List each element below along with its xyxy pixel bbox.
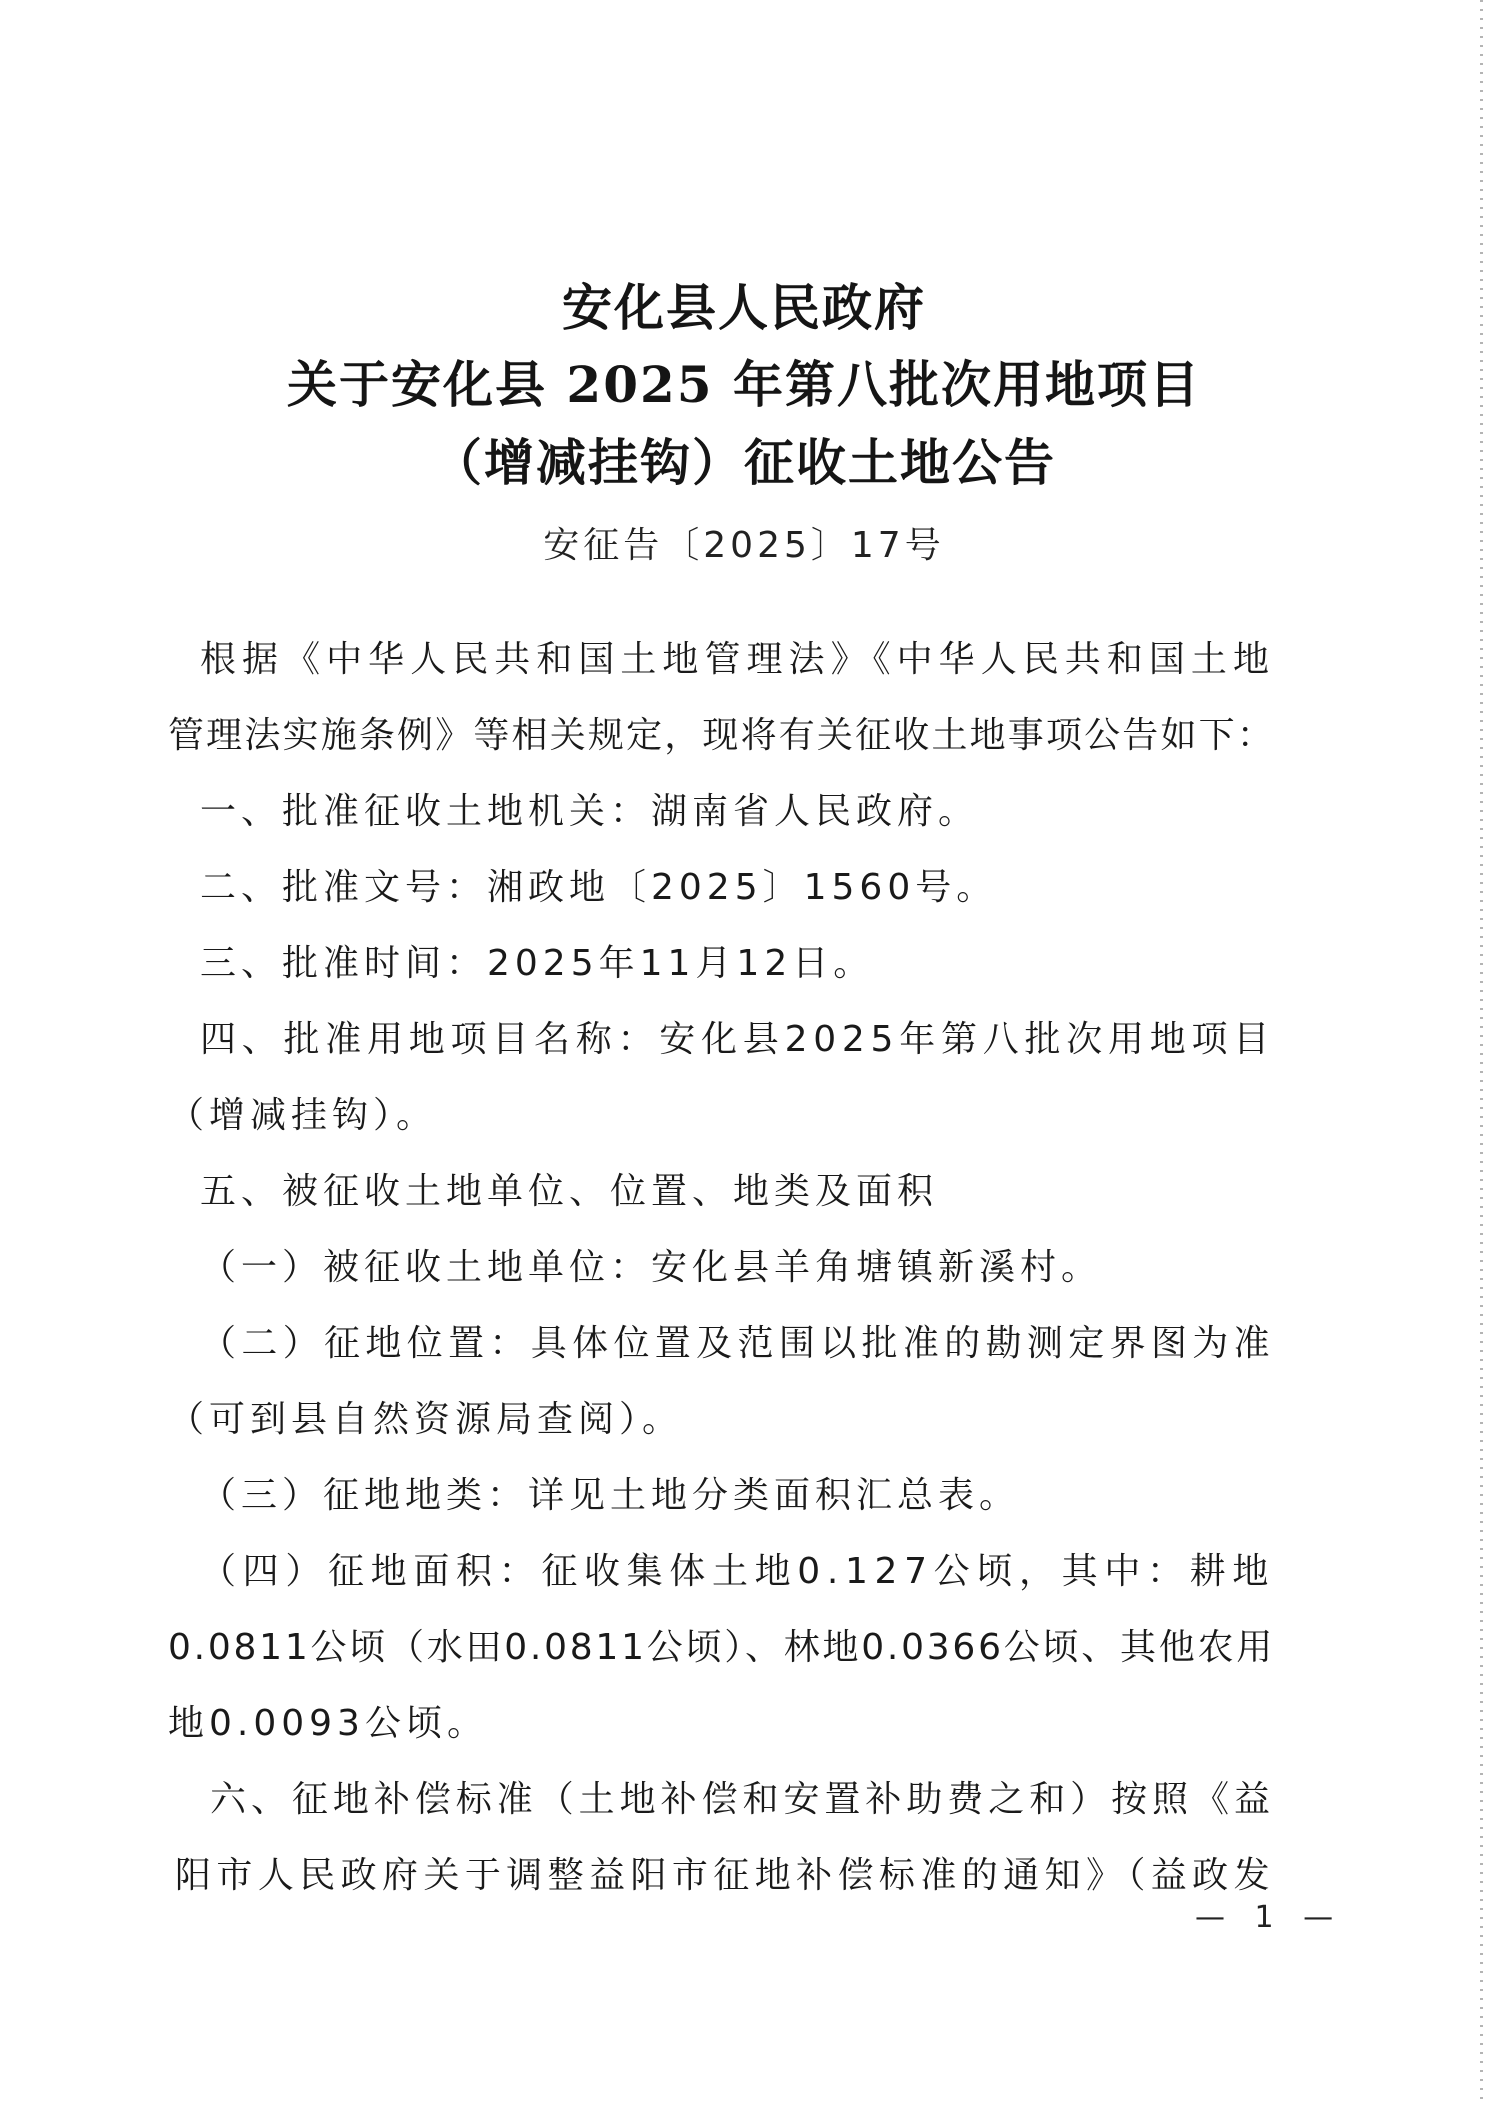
- body-line: 二、批准文号：湘政地〔2025〕1560号。: [200, 870, 997, 906]
- document-title-line-3: （增减挂钩）征收土地公告: [0, 438, 1488, 488]
- scan-edge-artifact: [1480, 0, 1483, 2104]
- body-line: （一）被征收土地单位：安化县羊角塘镇新溪村。: [200, 1250, 1102, 1286]
- document-number: 安征告〔2025〕17号: [0, 528, 1488, 564]
- body-line: （可到县自然资源局查阅）。: [168, 1402, 683, 1438]
- body-line: （增减挂钩）。: [168, 1098, 437, 1134]
- body-line: 三、批准时间：2025年11月12日。: [200, 946, 874, 982]
- document-title-line-2: 关于安化县 2025 年第八批次用地项目: [0, 360, 1488, 410]
- body-line: 0.0811公顷（水田0.0811公顷）、林地0.0366公顷、其他农用: [168, 1630, 1275, 1666]
- body-line: 五、被征收土地单位、位置、地类及面积: [200, 1174, 938, 1210]
- body-line: （三）征地地类：详见土地分类面积汇总表。: [200, 1478, 1020, 1514]
- body-line: 阳市人民政府关于调整益阳市征地补偿标准的通知》（益政发: [175, 1858, 1275, 1894]
- body-line: 六、征地补偿标准（土地补偿和安置补助费之和）按照《益: [210, 1782, 1275, 1818]
- body-line: 管理法实施条例》等相关规定，现将有关征收土地事项公告如下：: [168, 718, 1275, 754]
- body-line: 一、批准征收土地机关：湖南省人民政府。: [200, 794, 979, 830]
- body-line: 地0.0093公顷。: [168, 1706, 488, 1742]
- body-line: 四、批准用地项目名称：安化县2025年第八批次用地项目: [200, 1022, 1275, 1058]
- body-line: 根据《中华人民共和国土地管理法》《中华人民共和国土地: [200, 642, 1275, 678]
- body-line: （四）征地面积：征收集体土地0.127公顷，其中：耕地: [200, 1554, 1275, 1590]
- page-number: — 1 —: [1195, 1900, 1343, 1935]
- document-page: 安化县人民政府 关于安化县 2025 年第八批次用地项目 （增减挂钩）征收土地公…: [0, 0, 1488, 2104]
- body-line: （二）征地位置：具体位置及范围以批准的勘测定界图为准: [200, 1326, 1275, 1362]
- document-title-line-1: 安化县人民政府: [0, 283, 1488, 333]
